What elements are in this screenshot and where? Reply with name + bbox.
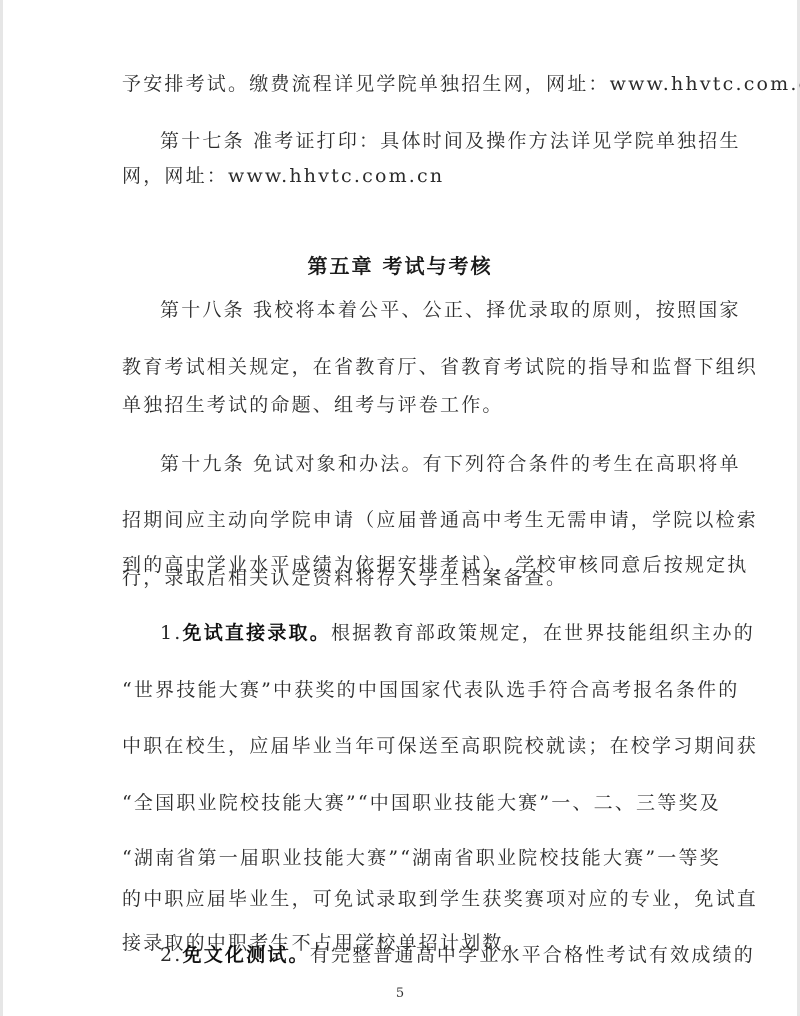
chapter-title: 第五章 考试与考核	[3, 253, 797, 279]
article-17-line-2: 网，网址：www.hhvtc.com.cn	[122, 164, 678, 188]
item-1-line-4: “全国职业院校技能大赛”“中国职业技能大赛”一、二、三等奖及	[122, 791, 678, 815]
document-page: 予安排考试。缴费流程详见学院单独招生网，网址：www.hhvtc.com.cn …	[3, 0, 797, 1016]
item-2-heading: 免文化测试。	[183, 944, 310, 966]
article-18-line-1: 第十八条 我校将本着公平、公正、择优录取的原则，按照国家	[160, 298, 678, 322]
item-1-line-2: “世界技能大赛”中获奖的中国国家代表队选手符合高考报名条件的	[122, 678, 678, 702]
item-2-first-line-text: 有完整普通高中学业水平合格性考试有效成绩的	[310, 944, 755, 966]
item-1-line-6: 的中职应届毕业生，可免试录取到学生获奖赛项对应的专业，免试直	[122, 887, 678, 911]
article-17-line-1: 第十七条 准考证打印：具体时间及操作方法详见学院单独招生	[160, 129, 678, 153]
item-2-number: 2.	[160, 944, 183, 966]
item-1-first-line-text: 根据教育部政策规定，在世界技能组织主办的	[331, 622, 755, 644]
article-18-line-3: 单独招生考试的命题、组考与评卷工作。	[122, 393, 678, 417]
article-19-line-1: 第十九条 免试对象和办法。有下列符合条件的考生在高职将单	[160, 452, 678, 476]
article-18-line-2: 教育考试相关规定，在省教育厅、省教育考试院的指导和监督下组织	[122, 355, 678, 379]
paragraph-continuation-line: 予安排考试。缴费流程详见学院单独招生网，网址：www.hhvtc.com.cn	[122, 72, 678, 96]
item-1-line-3: 中职在校生，应届毕业当年可保送至高职院校就读；在校学习期间获	[122, 734, 678, 758]
page-number: 5	[3, 986, 797, 1001]
article-19-line-2: 招期间应主动向学院申请（应届普通高中考生无需申请，学院以检索	[122, 508, 678, 532]
item-1-line-5: “湖南省第一届职业技能大赛”“湖南省职业院校技能大赛”一等奖	[122, 846, 678, 870]
article-19-line-4: 行，录取后相关认定资料将存入学生档案备查。	[122, 566, 678, 590]
item-1-line-1: 1.免试直接录取。根据教育部政策规定，在世界技能组织主办的	[160, 621, 678, 645]
item-1-heading: 免试直接录取。	[183, 622, 331, 644]
item-1-number: 1.	[160, 622, 183, 644]
item-2-line-1: 2.免文化测试。有完整普通高中学业水平合格性考试有效成绩的	[160, 943, 678, 967]
